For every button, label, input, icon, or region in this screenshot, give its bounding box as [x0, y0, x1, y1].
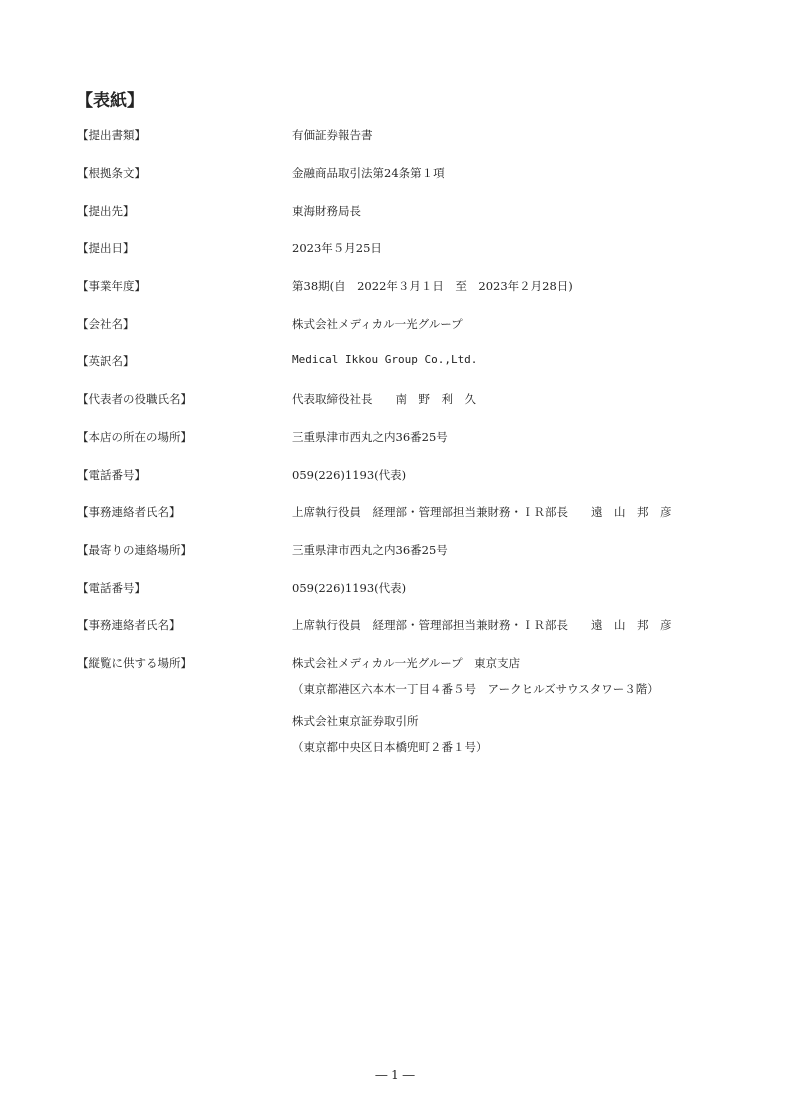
field-label: 【事務連絡者氏名】	[77, 617, 181, 633]
field-row-phone: 【電話番号】 059(226)1193(代表)	[0, 467, 790, 487]
field-label: 【代表者の役職氏名】	[77, 391, 192, 407]
field-row-contact-person: 【事務連絡者氏名】 上席執行役員 経理部・管理部担当兼財務・ＩＲ部長 遠 山 邦…	[0, 504, 790, 524]
field-row-phone-2: 【電話番号】 059(226)1193(代表)	[0, 580, 790, 600]
field-row-company-name: 【会社名】 株式会社メディカル一光グループ	[0, 316, 790, 336]
field-value: 株式会社メディカル一光グループ	[292, 316, 463, 332]
field-value: 2023年５月25日	[292, 240, 382, 256]
field-row-contact-person-2: 【事務連絡者氏名】 上席執行役員 経理部・管理部担当兼財務・ＩＲ部長 遠 山 邦…	[0, 617, 790, 637]
field-value: 059(226)1193(代表)	[292, 467, 406, 483]
field-value: 東海財務局長	[292, 203, 361, 219]
field-label: 【最寄りの連絡場所】	[77, 542, 192, 558]
field-value: 株式会社メディカル一光グループ 東京支店	[292, 655, 520, 671]
field-row-submitted-to: 【提出先】 東海財務局長	[0, 203, 790, 223]
field-value: Medical Ikkou Group Co.,Ltd.	[292, 353, 477, 366]
field-label: 【根拠条文】	[77, 165, 146, 181]
field-row-nearest-contact: 【最寄りの連絡場所】 三重県津市西丸之内36番25号	[0, 542, 790, 562]
inspection-place-2: 株式会社東京証券取引所	[292, 713, 419, 729]
page-number: ― 1 ―	[0, 1068, 790, 1082]
inspection-address-2: （東京都中央区日本橋兜町２番１号）	[292, 739, 488, 755]
field-row-representative: 【代表者の役職氏名】 代表取締役社長 南 野 利 久	[0, 391, 790, 411]
field-row-legal-basis: 【根拠条文】 金融商品取引法第24条第１項	[0, 165, 790, 185]
field-label: 【事業年度】	[77, 278, 146, 294]
field-value: 三重県津市西丸之内36番25号	[292, 542, 448, 558]
field-label: 【事務連絡者氏名】	[77, 504, 181, 520]
field-value: 上席執行役員 経理部・管理部担当兼財務・ＩＲ部長 遠 山 邦 彦	[292, 617, 672, 633]
field-label: 【本店の所在の場所】	[77, 429, 192, 445]
field-value: 三重県津市西丸之内36番25号	[292, 429, 448, 445]
field-value: 代表取締役社長 南 野 利 久	[292, 391, 476, 407]
field-label: 【英訳名】	[77, 353, 135, 369]
field-row-english-name: 【英訳名】 Medical Ikkou Group Co.,Ltd.	[0, 353, 790, 373]
field-row-document-type: 【提出書類】 有価証券報告書	[0, 127, 790, 147]
field-label: 【縦覧に供する場所】	[77, 655, 192, 671]
field-label: 【提出書類】	[77, 127, 146, 143]
field-label: 【電話番号】	[77, 467, 146, 483]
field-label: 【提出日】	[77, 240, 135, 256]
field-label: 【電話番号】	[77, 580, 146, 596]
field-value: 金融商品取引法第24条第１項	[292, 165, 445, 181]
field-value: 059(226)1193(代表)	[292, 580, 406, 596]
inspection-address-1: （東京都港区六本木一丁目４番５号 アークヒルズサウスタワー３階）	[292, 681, 659, 697]
field-value: 第38期(自 2022年３月１日 至 2023年２月28日)	[292, 278, 573, 294]
field-value: 上席執行役員 経理部・管理部担当兼財務・ＩＲ部長 遠 山 邦 彦	[292, 504, 672, 520]
page-title: 【表紙】	[76, 86, 144, 111]
field-row-submission-date: 【提出日】 2023年５月25日	[0, 240, 790, 260]
field-label: 【提出先】	[77, 203, 135, 219]
field-row-head-office: 【本店の所在の場所】 三重県津市西丸之内36番25号	[0, 429, 790, 449]
field-label: 【会社名】	[77, 316, 135, 332]
field-value: 有価証券報告書	[292, 127, 373, 143]
field-row-fiscal-year: 【事業年度】 第38期(自 2022年３月１日 至 2023年２月28日)	[0, 278, 790, 298]
field-row-inspection-places: 【縦覧に供する場所】 株式会社メディカル一光グループ 東京支店	[0, 655, 790, 675]
